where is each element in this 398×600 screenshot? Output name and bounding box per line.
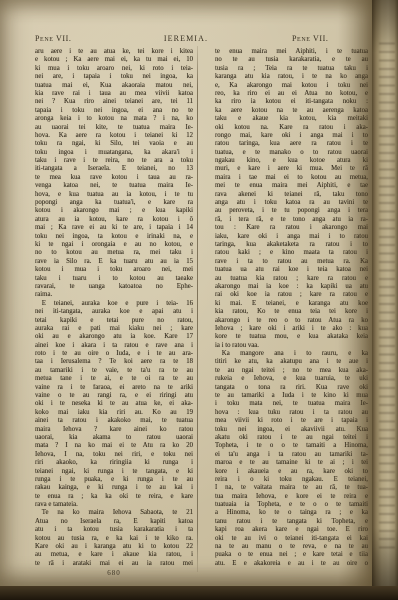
text-line: mea viivii ki roto i te are i tapaia i bbox=[215, 417, 368, 425]
text-line: riri akaoko, ka riringiia ki runga i bbox=[35, 459, 193, 467]
text-line: kia ratou, Ko te enua teia tei kore i bbox=[215, 308, 368, 316]
text-line: te rā i arataki mai ei au ia ratou mei bbox=[35, 560, 193, 568]
book-page: Pene VII. IEREMIA. Pene VII. aru aere i … bbox=[0, 0, 372, 586]
text-line: Kare oki au i karanga atu ki to kotou 22 bbox=[35, 543, 193, 551]
text-line: maroa e te au tamaine ki te ai ; i tei bbox=[215, 459, 368, 467]
text-line: oki au e akarongo atu ia koe. Kare 17 bbox=[35, 333, 193, 341]
text-line: taa i Ierusalema ? Te koi aere ra te 18 bbox=[35, 358, 193, 366]
text-column-right: te enua maira mei Aiphiti, i te tuatuano… bbox=[202, 48, 368, 568]
page-bottom-shadow bbox=[0, 586, 398, 600]
text-line: rave ia Silo ra. E ka tuaru atu au ia 15 bbox=[35, 258, 193, 266]
text-line: tuatua, e te manako o to ratou uaorai bbox=[215, 149, 368, 157]
text-line: anga atu i toku katoa ra au tavini te bbox=[215, 199, 368, 207]
text-line: puaka o te enua nei ; e kare tetai e tii… bbox=[215, 551, 368, 559]
text-line: ngakau kino, e kua kotoe atura ki bbox=[215, 157, 368, 165]
text-line: auraka rai e pati mai kiaku nei ; kare bbox=[35, 325, 193, 333]
text-line: hova. Ka aere ra kotou i teianei ki 12 bbox=[35, 132, 193, 140]
text-line: rongo mai, kare oki i anga mai i to bbox=[215, 132, 368, 140]
text-line: maira Iehova ? kare ainei ko ratou bbox=[35, 426, 193, 434]
text-line: popongi anga ka tuatua'i, e kare ra bbox=[35, 199, 193, 207]
text-line: koko mai iaku kia riri au. Ko au 19 bbox=[35, 409, 193, 417]
text-line: ainei ta ratou i akakoko mai, te tuatua bbox=[35, 417, 193, 425]
text-line: au tuatua kia ratou ; kare ra ratou e bbox=[215, 275, 368, 283]
text-line: ravarai, te uanga katoatoa no Ephe- bbox=[35, 283, 193, 291]
text-line: rakau kainga, e ki runga i te au kai i bbox=[35, 484, 193, 492]
text-line: ratou taringa, kua aere ra ratou i te bbox=[215, 140, 368, 148]
text-line: mei te enua maira mei Aiphiti, e tae bbox=[215, 182, 368, 190]
text-line: kore i akaueia e au ra, kare oki to bbox=[215, 468, 368, 476]
text-line: nei ? Kua riro ainei teianei are, tei 11 bbox=[35, 98, 193, 106]
text-line: E teianei, auraka koe e pure i teia- 16 bbox=[35, 300, 193, 308]
text-line: nei iti-tangata, auraka koe e apai atu i bbox=[35, 308, 193, 316]
text-line: Topheta, i te o o te tamaiti a Hinoma, bbox=[215, 442, 368, 450]
text-line: iaku, kare oki i anga mai i to ratou bbox=[215, 233, 368, 241]
text-line: au tamariki i te vaie, te ta'u ra te au bbox=[35, 367, 193, 375]
text-line: tuatua ua atu rai koe i teia katoa nei bbox=[215, 266, 368, 274]
text-line: tapaia i toku nei ingoa, ei ana no te bbox=[35, 107, 193, 115]
text-line: na te au manu o te reva, e na te au bbox=[215, 543, 368, 551]
text-line: ei ta'u anga i ta ratou au tamariki ta- bbox=[215, 451, 368, 459]
text-line: oki te au ivi o teianei iti-tangata ei k… bbox=[215, 535, 368, 543]
text-line: 28ki mai. E teianei, e karanga atu koe bbox=[215, 300, 368, 308]
text-line: taringa, kua akaketaketa ra ratou i to bbox=[215, 241, 368, 249]
text-line: toku nei ingoa, ta kotou e irinaki na, e bbox=[35, 233, 193, 241]
text-line: au uaorai tei kite, te tuatua maira Ie- bbox=[35, 124, 193, 132]
text-line: akarongo mai ia koe : ka kapiki ua atu bbox=[215, 283, 368, 291]
text-line: hova, e kua tuatua au ia kotou, i te tu bbox=[35, 191, 193, 199]
text-line: a Hinoma, ko te o tainga ra ; e ka bbox=[215, 509, 368, 517]
text-line: ratou kaki ; e kino maata ta ratou i bbox=[215, 249, 368, 257]
text-line: ka riro ia kotou ei iti-tangata noku : bbox=[215, 98, 368, 106]
text-line: toku ra ngai, ki Silo, tei vaoia e au bbox=[35, 140, 193, 148]
text-line: au metua, e kare i akaue kia ratou, i bbox=[35, 551, 193, 559]
text-line: rava e tamateia. bbox=[35, 501, 193, 509]
text-line: Iehova ; kare oki i ariki i te ako : kua bbox=[215, 325, 368, 333]
text-line: metua tane i te ai, e te oi ra te au bbox=[35, 375, 193, 383]
page-number: 680 bbox=[35, 569, 193, 577]
text-line: 27rave i ta to ratou au metua ra. Ka bbox=[215, 258, 368, 266]
text-line: rā, i tera rā, e te tono anga atu ia ra- bbox=[215, 216, 368, 224]
text-line: akarongo i te reo o to ratou Atua ra ko bbox=[215, 317, 368, 325]
text-line: hova : kua tuku ratou i ta ratou au bbox=[215, 409, 368, 417]
adjacent-page-edge bbox=[372, 0, 398, 586]
text-line: Te na ko maira Iehova Sabaota, te 21 bbox=[35, 509, 193, 517]
text-line: karanga atu kia ratou, i te na ko anga bbox=[215, 73, 368, 81]
text-line: taku i rave i te reira, no te ara a toku bbox=[35, 157, 193, 165]
text-line: i toku mata nei, te tuatua maira Ie- bbox=[215, 400, 368, 408]
text-line: 30tangata o tona ra riri. Kua rave oki bbox=[215, 384, 368, 392]
text-line: kotou au tusia ra, e ka kai i te kiko ra… bbox=[35, 535, 193, 543]
text-line: Iehova, I na, toku nei riri, e toku nei bbox=[35, 451, 193, 459]
text-line: kore te tuatua mou, e kua akataka keia bbox=[215, 333, 368, 341]
text-line: oki i te neseka ki te au atua ke, ei aka… bbox=[35, 400, 193, 408]
text-line: mai ; Ka rave ei au ki te are, i tapaia … bbox=[35, 224, 193, 232]
text-line: tuatua mai ei, Kua akaoraia matou nei, bbox=[35, 82, 193, 90]
text-line: ainei koe i akara i ta ratou e rave ana … bbox=[35, 342, 193, 350]
text-line: atura au ia kotou, kare ra kotou i ō bbox=[35, 216, 193, 224]
text-line: raima. bbox=[35, 291, 193, 299]
text-line: maira i tae mai ei to kotou au metua, bbox=[215, 174, 368, 182]
text-column-left: aru aere i te au atua ke, tei kore i kit… bbox=[35, 48, 193, 568]
text-line: Atua no Iseraela ra, E kapiti katoa bbox=[35, 518, 193, 526]
text-line: tanu ratou i te tangata ki Topheta, e bbox=[215, 518, 368, 526]
text-line: atu i ta kotou tusia karakaratia i ta bbox=[35, 526, 193, 534]
text-line: 29 Ka mangore ana i to rauru, e ka bbox=[215, 350, 368, 358]
text-line: te mea kua rave kotou i taua au ra- bbox=[35, 174, 193, 182]
text-line: iti-tangata a Iseraela. E teianei, no 13 bbox=[35, 165, 193, 173]
text-line: kotou i mua i toku aroaro nei, mei bbox=[35, 266, 193, 274]
text-line: ki mua i toku aroaro nei, ki roto i teia… bbox=[35, 65, 193, 73]
text-line: vaine o te au rangi ra, e ei riringi atu bbox=[35, 392, 193, 400]
text-line: venga katoa nei, te tuatua maira Ie- bbox=[35, 182, 193, 190]
text-line: I na, te vaitata maira te au rā, te tua- bbox=[215, 484, 368, 492]
text-line: rukeia e Iehova, e kua tuaruia, te uki bbox=[215, 375, 368, 383]
text-line: 32reira i o ki toku ngakau. E teianei, bbox=[215, 476, 368, 484]
book-title: IEREMIA. bbox=[140, 34, 232, 44]
text-line: uaorai, kia akama to ratou uaorai bbox=[35, 434, 193, 442]
text-line: ki te ngai i orongaia e au no kotou, e bbox=[35, 241, 193, 249]
text-line: 33kapi roa akera kare e ngai toe. E riro bbox=[215, 526, 368, 534]
text-line: ia i to ratou vaa. bbox=[215, 342, 368, 350]
text-line: au peroveta, i te tu popongi anga i tera bbox=[215, 207, 368, 215]
text-line: te au tamariki a Iuda i te kino ki mua bbox=[215, 392, 368, 400]
text-line: te au ngai teitei ; no te mea kua aka- bbox=[215, 367, 368, 375]
text-line: mata ? I na ko mai ei te Atu ra ko 20 bbox=[35, 442, 193, 450]
text-line: 23tusia ra ; Teia ra te tuatua taku i bbox=[215, 65, 368, 73]
text-line: taku i tuaru i to kotou au taeake bbox=[35, 275, 193, 283]
text-line: ka aere kotou na te au aerenga katoa bbox=[215, 107, 368, 115]
text-line: 24oki kotou na. Kare ra ratou i aka- bbox=[215, 124, 368, 132]
text-line: e, Ka akarongo mai kotou i toku nei bbox=[215, 82, 368, 90]
text-line: nei are, i tapaia i toku nei ingoa, ka bbox=[35, 73, 193, 81]
text-line: 25muri, e kare i aere ki mua. Mei te rā bbox=[215, 165, 368, 173]
text-line: taku e akaue kia kotou, kia meitaki bbox=[215, 115, 368, 123]
text-line: te enua ra ; ka ka oki te reira, e kare bbox=[35, 493, 193, 501]
text-line: runga i te puaka, e ki runga i te au bbox=[35, 476, 193, 484]
text-line: toku ingoa i muatangana, ka akara'i i bbox=[35, 149, 193, 157]
text-line: te enua maira mei Aiphiti, i te tuatua bbox=[215, 48, 368, 56]
text-line: rai oki koe ia ratou ; kare ra ratou e bbox=[215, 291, 368, 299]
text-line: reo, ka riro ei au ei Atua no kotou, e bbox=[215, 90, 368, 98]
text-line: rava akenei ki teianei rā, taku tono bbox=[215, 191, 368, 199]
text-line: tuatuaia ia Topheta, e te o o te tamaiti bbox=[215, 501, 368, 509]
text-line: titiri ke atu, ka akatupu ana i te aue i bbox=[215, 358, 368, 366]
text-line: roto i te au oire o Iuda, e i te au ara- bbox=[35, 350, 193, 358]
text-line: 34atu. E e akakoreia e au i te au oire o bbox=[215, 560, 368, 568]
text-line: akatu oki ratou i te au ngai teitei i bbox=[215, 434, 368, 442]
column-divider bbox=[197, 46, 198, 572]
text-line: vaine ra i te faraoa, ei areto na te ari… bbox=[35, 384, 193, 392]
text-line: tua maira Iehova, e kore ei te reira e bbox=[215, 493, 368, 501]
text-line: aru aere i te au atua ke, tei kore i kit… bbox=[35, 48, 193, 56]
text-line: kia rave rai i taua au mea viivii katoa bbox=[35, 90, 193, 98]
text-line: no te au tusia karakaratia, e te au bbox=[215, 56, 368, 64]
text-line: teianei ngai, ki runga i te tangata, e k… bbox=[35, 468, 193, 476]
text-line: e kotou ; Ka aere mai ei, ka tu mai ei, … bbox=[35, 56, 193, 64]
text-line: no to kotou au metua ra, mei taku i bbox=[35, 249, 193, 257]
text-line: 31toku nei ingoa, ei akaviivii atu. Kua bbox=[215, 426, 368, 434]
running-head-right: Pene VII. bbox=[292, 34, 328, 44]
text-line: 26tou : Kare ra ratou i akarongo mai bbox=[215, 224, 368, 232]
text-line: tetai kapiki e tetai pure no ratou, bbox=[35, 317, 193, 325]
running-head-left: Pene VII. bbox=[35, 34, 71, 44]
text-line: kotou i akarongo mai ; e kua kapiki bbox=[35, 207, 193, 215]
text-line: aronga keia i to kotou na mata ? i na, k… bbox=[35, 115, 193, 123]
